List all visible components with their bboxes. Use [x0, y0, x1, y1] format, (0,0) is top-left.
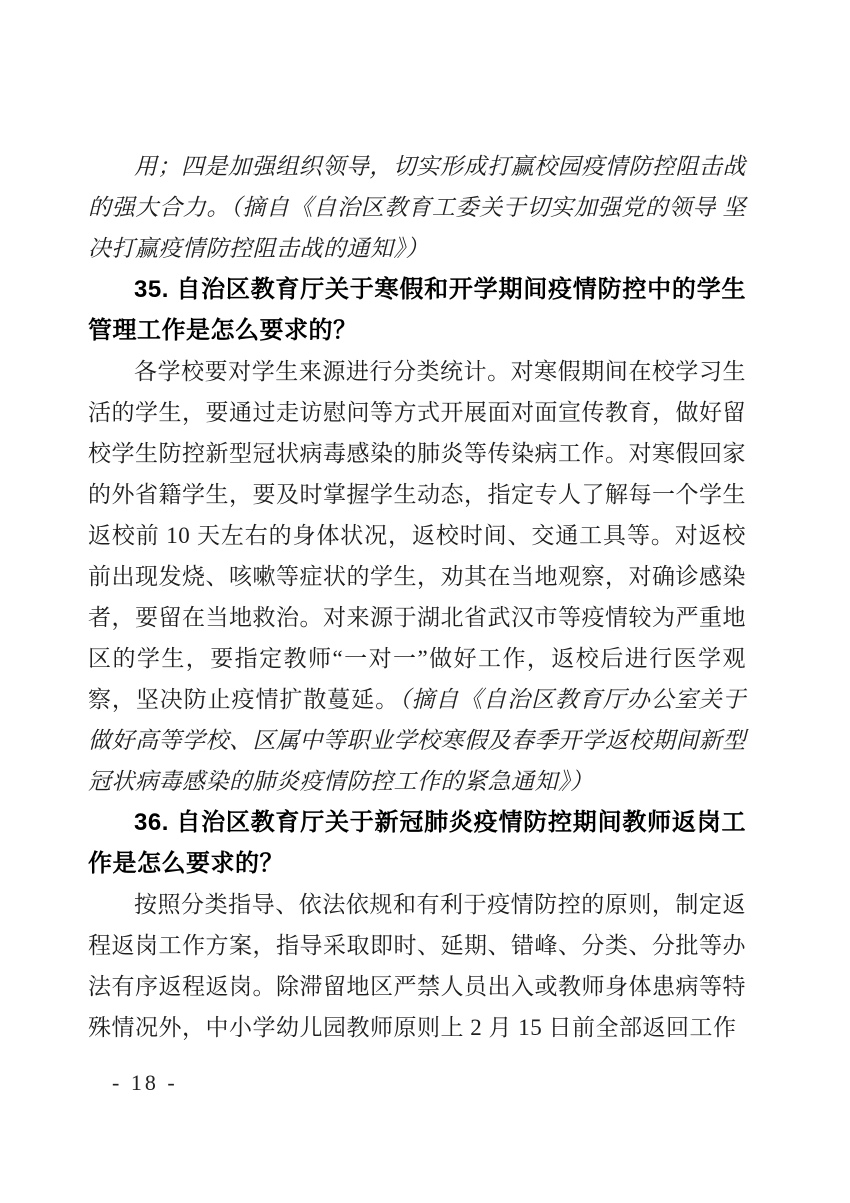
question-35-answer-body: 各学校要对学生来源进行分类统计。对寒假期间在校学习生活的学生，要通过走访慰问等方… [88, 359, 746, 712]
continuation-paragraph-text: 用；四是加强组织领导，切实形成打赢校园疫情防控阻击战的强大合力。（摘自《自治区教… [88, 154, 746, 261]
continuation-paragraph: 用；四是加强组织领导，切实形成打赢校园疫情防控阻击战的强大合力。（摘自《自治区教… [88, 146, 746, 269]
question-35-heading: 35. 自治区教育厅关于寒假和开学期间疫情防控中的学生管理工作是怎么要求的？ [88, 269, 746, 351]
question-35-heading-text: 35. 自治区教育厅关于寒假和开学期间疫情防控中的学生管理工作是怎么要求的？ [88, 276, 746, 344]
document-page: 用；四是加强组织领导，切实形成打赢校园疫情防控阻击战的强大合力。（摘自《自治区教… [0, 0, 850, 1203]
question-36-answer-paragraph: 按照分类指导、依法依规和有利于疫情防控的原则，制定返程返岗工作方案，指导采取即时… [88, 884, 746, 1048]
question-35-answer-paragraph: 各学校要对学生来源进行分类统计。对寒假期间在校学习生活的学生，要通过走访慰问等方… [88, 351, 746, 802]
page-number: - 18 - [112, 1068, 178, 1098]
question-36-heading-text: 36. 自治区教育厅关于新冠肺炎疫情防控期间教师返岗工作是怎么要求的？ [88, 809, 746, 877]
question-36-answer-body: 按照分类指导、依法依规和有利于疫情防控的原则，制定返程返岗工作方案，指导采取即时… [88, 892, 746, 1040]
question-36-heading: 36. 自治区教育厅关于新冠肺炎疫情防控期间教师返岗工作是怎么要求的？ [88, 802, 746, 884]
document-content: 用；四是加强组织领导，切实形成打赢校园疫情防控阻击战的强大合力。（摘自《自治区教… [88, 146, 746, 1048]
